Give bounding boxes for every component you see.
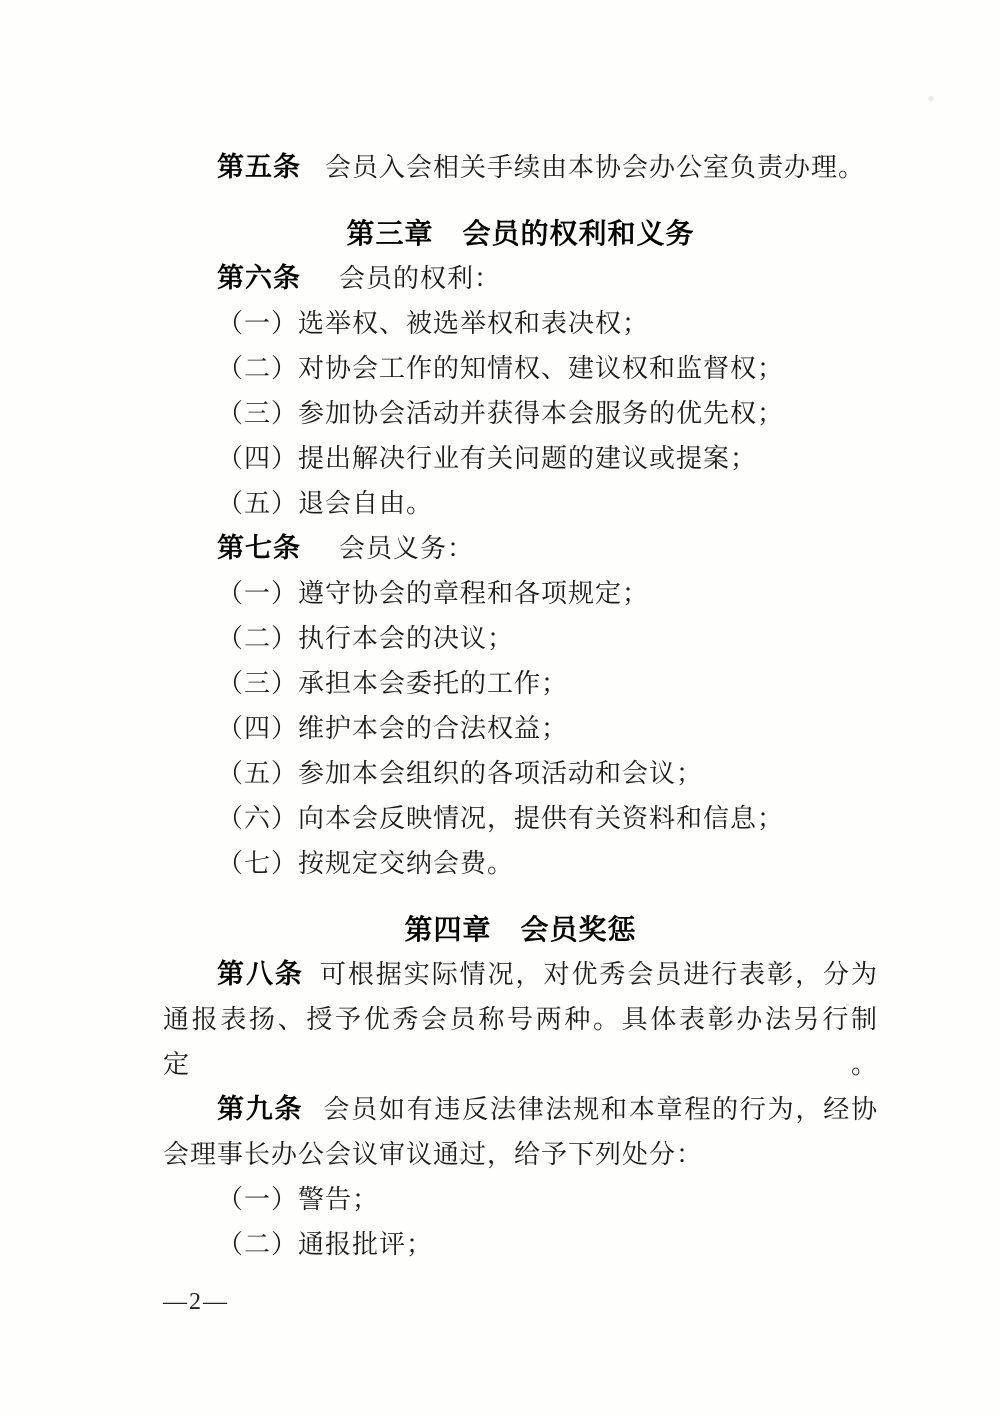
list-item-line: （二）通报批评； — [163, 1222, 878, 1267]
list-item-line: （七）按规定交纳会费。 — [163, 841, 878, 886]
list-item-line: （五）参加本会组织的各项活动和会议； — [163, 751, 878, 796]
article-text: 可根据实际情况，对优秀会员进行表彰，分为 — [320, 960, 878, 989]
continuation-line: 会理事长办公会议审议通过，给予下列处分： — [163, 1132, 878, 1177]
list-item-line: （二）对协会工作的知情权、建议权和监督权； — [163, 346, 878, 391]
list-item-line: （一）遵守协会的章程和各项规定； — [163, 571, 878, 616]
list-item-line: （六）向本会反映情况，提供有关资料和信息； — [163, 796, 878, 841]
page-number: —2— — [163, 1287, 878, 1317]
list-item-line: （三）参加协会活动并获得本会服务的优先权； — [163, 391, 878, 436]
article-line-6: 第六条会员的权利： — [163, 256, 878, 301]
list-item-line: （四）维护本会的合法权益； — [163, 706, 878, 751]
chapter-heading-4: 第四章 会员奖惩 — [163, 907, 878, 952]
article-line-8: 第八条可根据实际情况，对优秀会员进行表彰，分为 — [163, 952, 878, 997]
list-item-line: （三）承担本会委托的工作； — [163, 661, 878, 706]
article-number: 第八条 — [217, 959, 304, 989]
chapter-heading-3: 第三章 会员的权利和义务 — [163, 211, 878, 256]
list-item-line: （五）退会自由。 — [163, 481, 878, 526]
document-page: 第五条会员入会相关手续由本协会办公室负责办理。 第三章 会员的权利和义务 第六条… — [0, 0, 1000, 1415]
list-item-line: （二）执行本会的决议； — [163, 616, 878, 661]
article-line-7: 第七条会员义务： — [163, 526, 878, 571]
article-number: 第六条 — [217, 263, 301, 293]
list-item-line: （一）警告； — [163, 1177, 878, 1222]
article-number: 第五条 — [217, 152, 301, 182]
article-number: 第七条 — [217, 533, 301, 563]
list-item-line: （四）提出解决行业有关问题的建议或提案； — [163, 436, 878, 481]
article-line-5: 第五条会员入会相关手续由本协会办公室负责办理。 — [163, 145, 878, 190]
scan-speck — [459, 1158, 463, 1161]
article-text: 会员义务： — [339, 534, 474, 563]
article-number: 第九条 — [217, 1094, 303, 1124]
continuation-line: 通报表扬、授予优秀会员称号两种。具体表彰办法另行制定。 — [163, 997, 878, 1087]
scan-speck — [928, 96, 934, 101]
article-line-9: 第九条会员如有违反法律法规和本章程的行为，经协 — [163, 1087, 878, 1132]
list-item-line: （一）选举权、被选举权和表决权； — [163, 301, 878, 346]
article-text: 会员如有违反法律法规和本章程的行为，经协 — [323, 1095, 878, 1124]
scan-speck — [846, 1003, 849, 1006]
document-body: 第五条会员入会相关手续由本协会办公室负责办理。 第三章 会员的权利和义务 第六条… — [163, 145, 878, 1317]
article-text: 会员的权利： — [339, 264, 501, 293]
article-text: 会员入会相关手续由本协会办公室负责办理。 — [325, 153, 865, 182]
